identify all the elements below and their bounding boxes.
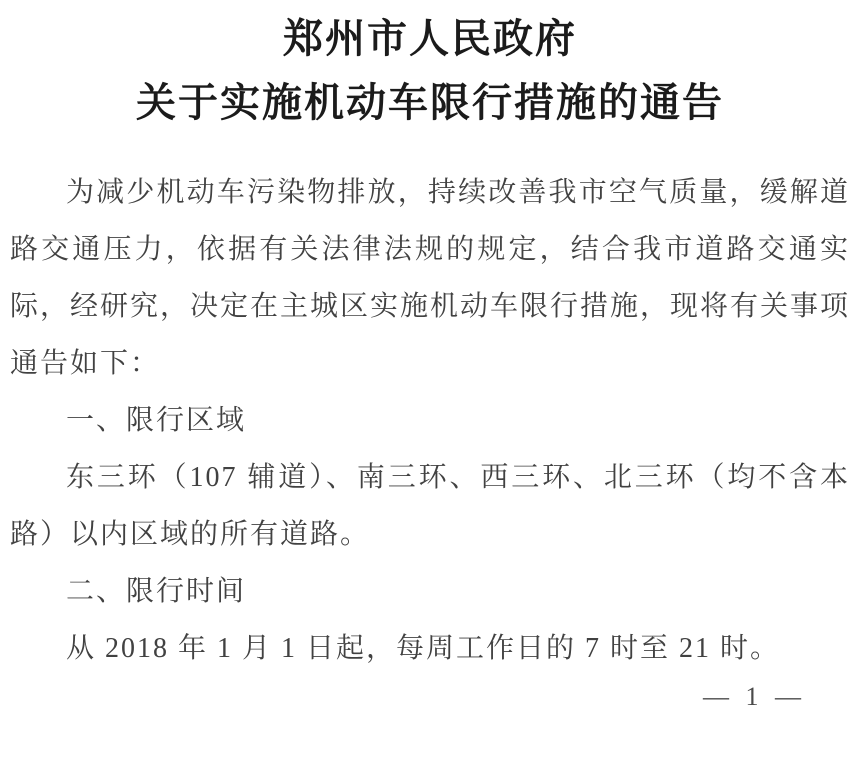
paragraph-preamble: 为减少机动车污染物排放，持续改善我市空气质量，缓解道路交通压力，依据有关法律法规…	[10, 164, 850, 392]
document-title-subject: 关于实施机动车限行措施的通告	[10, 80, 850, 126]
notice-document-page: 郑州市人民政府 关于实施机动车限行措施的通告 为减少机动车污染物排放，持续改善我…	[0, 0, 864, 760]
document-body: 为减少机动车污染物排放，持续改善我市空气质量，缓解道路交通压力，依据有关法律法规…	[10, 164, 850, 677]
section-heading-restriction-time: 二、限行时间	[10, 563, 850, 620]
paragraph-restriction-area: 东三环（107 辅道）、南三环、西三环、北三环（均不含本路）以内区域的所有道路。	[10, 449, 850, 563]
document-header: 郑州市人民政府 关于实施机动车限行措施的通告	[10, 16, 850, 126]
document-title-organization: 郑州市人民政府	[10, 16, 850, 62]
page-number: — 1 —	[703, 682, 806, 711]
paragraph-restriction-time: 从 2018 年 1 月 1 日起，每周工作日的 7 时至 21 时。	[10, 620, 850, 677]
document-footer: — 1 —	[703, 682, 806, 712]
section-heading-restriction-area: 一、限行区域	[10, 392, 850, 449]
